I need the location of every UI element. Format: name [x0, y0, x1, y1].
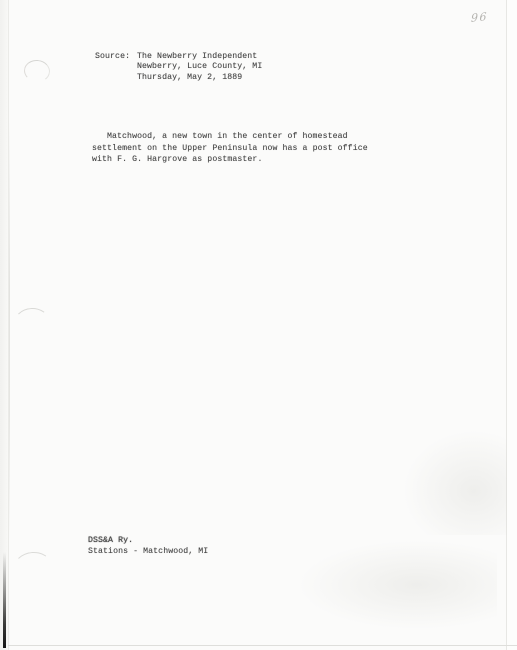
- paper-arc-impression: [13, 307, 51, 339]
- source-citation-lines: The Newberry Independent Newberry, Luce …: [137, 52, 262, 83]
- source-date: Thursday, May 2, 1889: [137, 73, 262, 83]
- handwritten-page-number: 96: [471, 10, 488, 25]
- railway-index-note: DSS&A Ry. Stations - Matchwood, MI: [88, 535, 208, 557]
- station-entry: Stations - Matchwood, MI: [88, 546, 208, 557]
- article-paragraph: Matchwood, a new town in the center of h…: [92, 131, 368, 166]
- railway-name: DSS&A Ry.: [88, 535, 208, 546]
- left-edge-dark-strip: [3, 552, 6, 648]
- article-line: settlement on the Upper Peninsula now ha…: [92, 143, 368, 155]
- article-line: with F. G. Hargrove as postmaster.: [92, 154, 368, 166]
- paper-arc-impression: [13, 550, 53, 583]
- paper-arc-impression: [23, 59, 51, 84]
- right-page-edge: [506, 0, 517, 650]
- scanned-document-page: 96 Source: The Newberry Independent Newb…: [0, 0, 517, 650]
- source-location: Newberry, Luce County, MI: [137, 62, 262, 72]
- paper-smudge: [397, 425, 507, 535]
- article-line: Matchwood, a new town in the center of h…: [92, 131, 368, 143]
- paper-smudge: [297, 540, 497, 630]
- left-crease-line: [9, 120, 10, 540]
- source-citation-block: Source: The Newberry Independent Newberr…: [95, 52, 262, 83]
- bottom-page-edge-line: [8, 645, 517, 646]
- source-publication-name: The Newberry Independent: [137, 52, 262, 62]
- source-label: Source:: [95, 52, 137, 62]
